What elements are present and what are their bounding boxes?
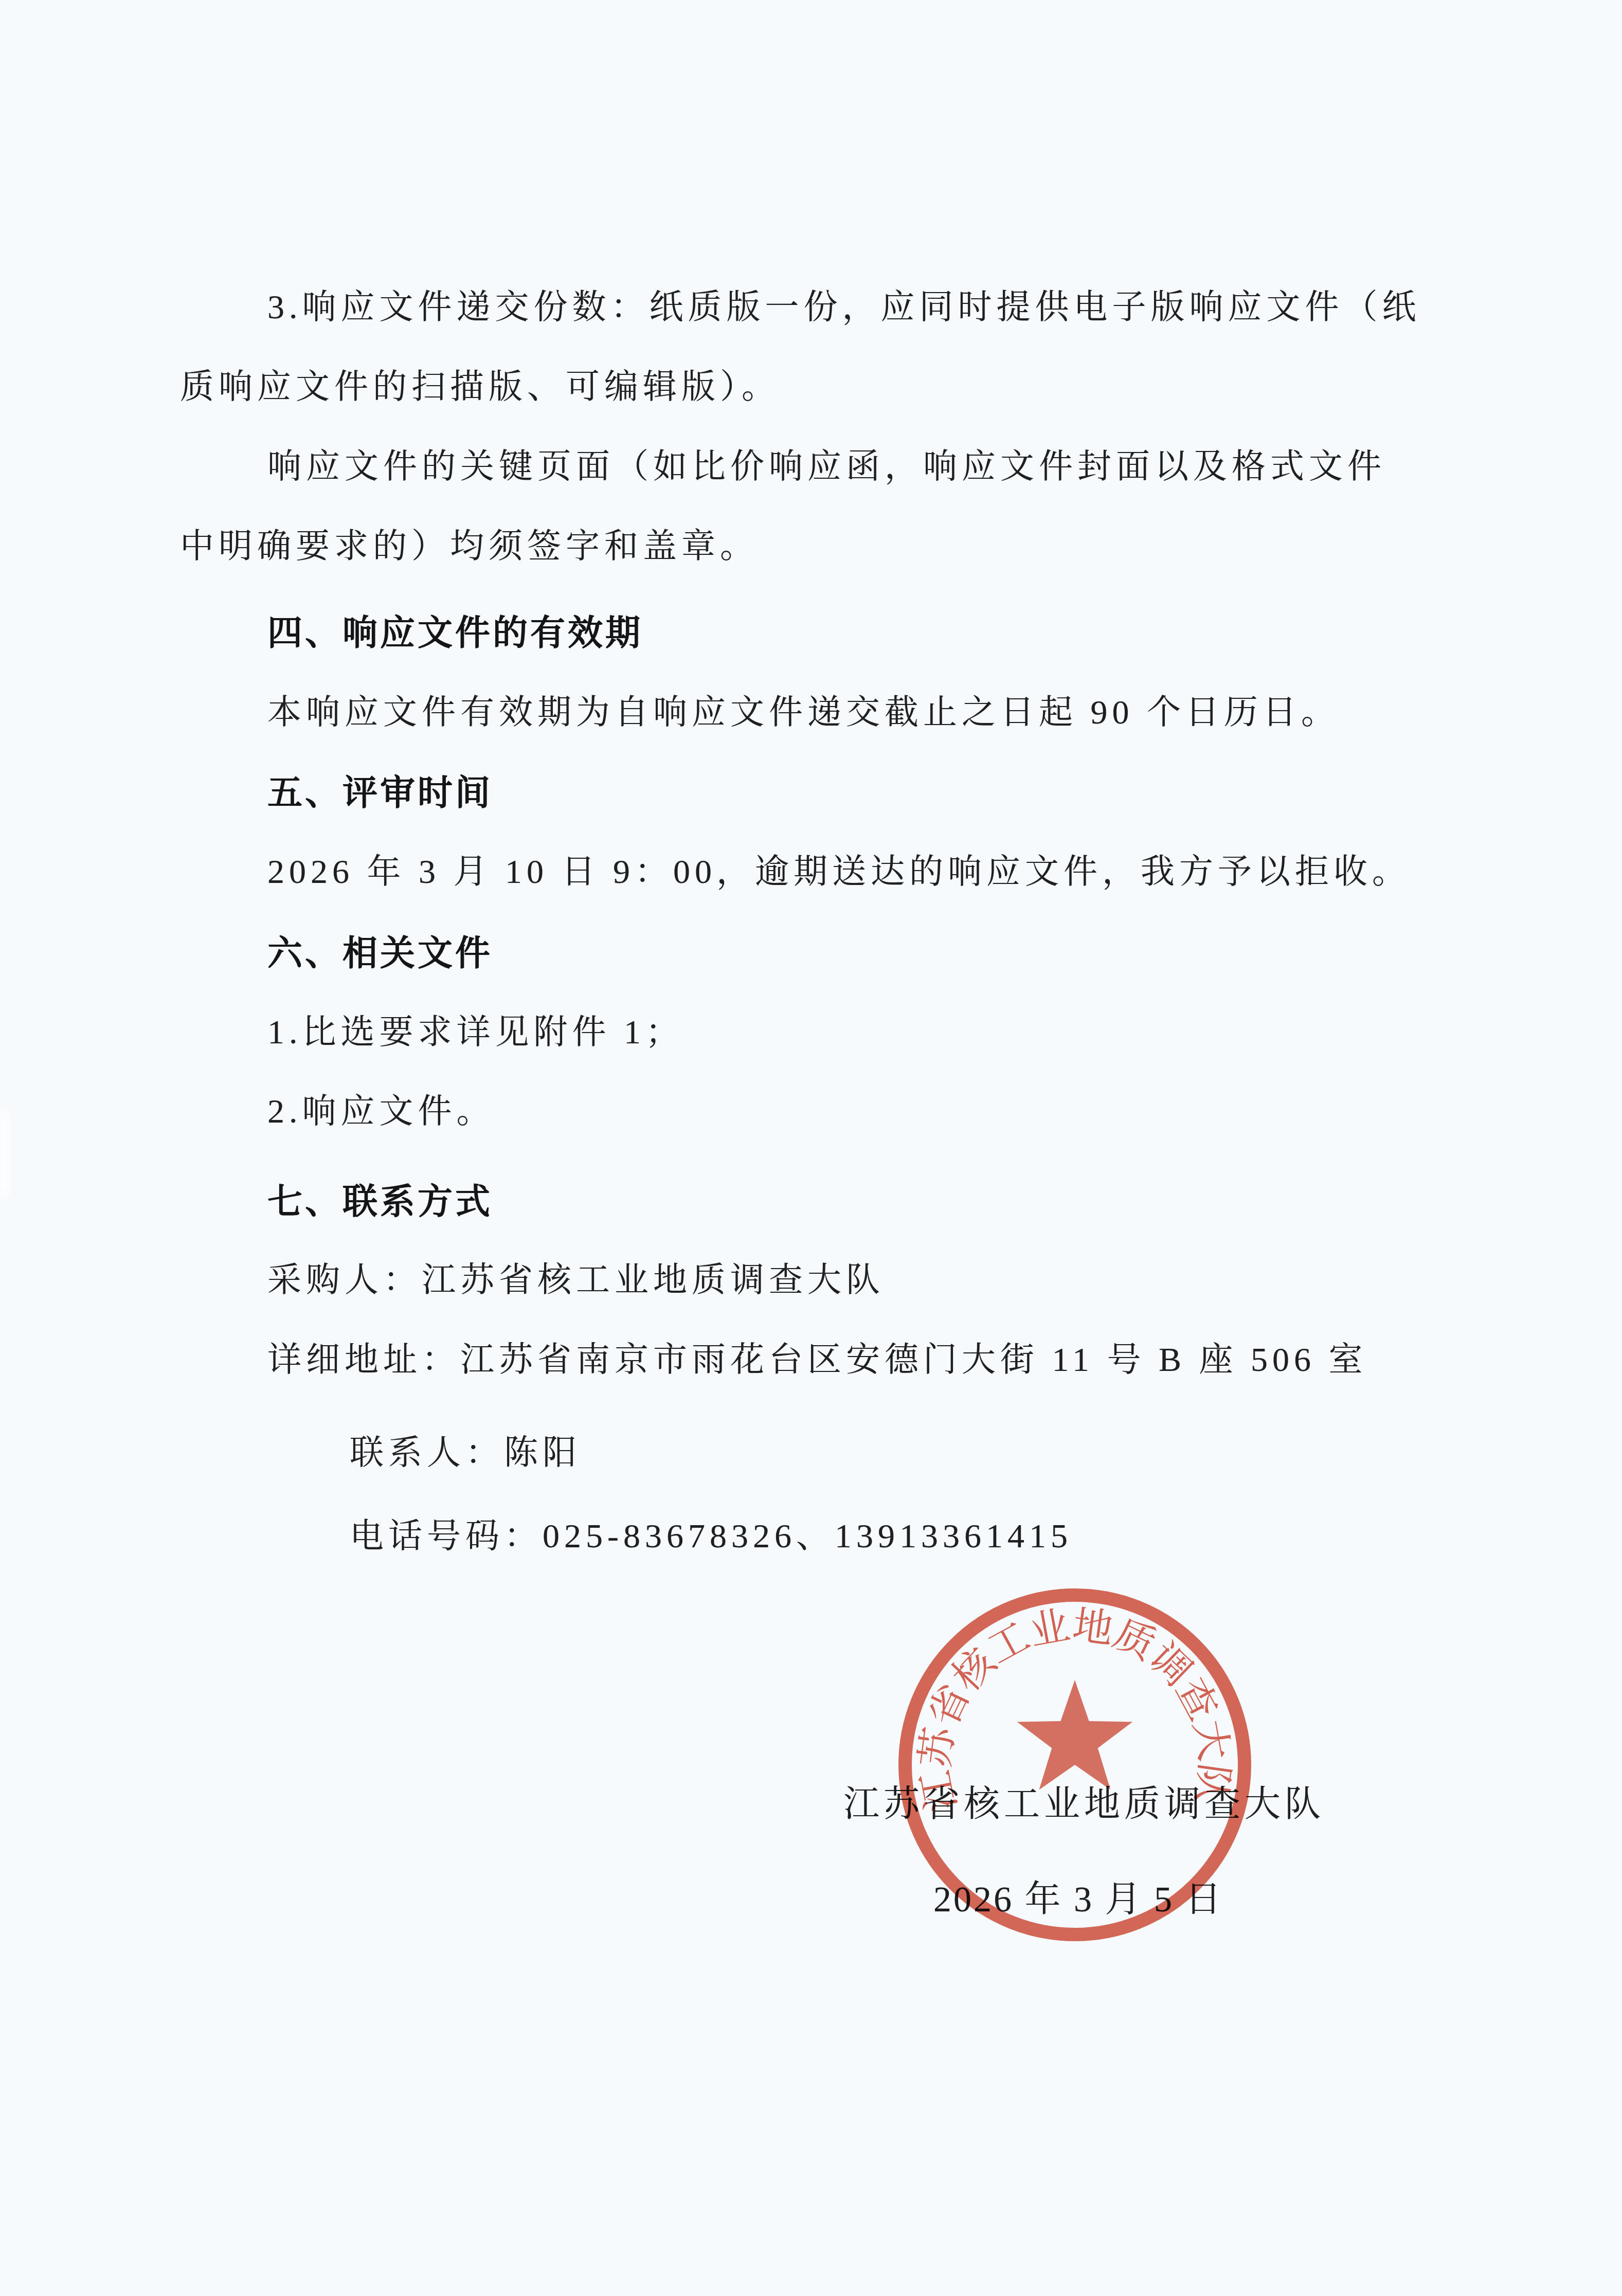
section-heading-related-files: 六、相关文件	[267, 933, 493, 973]
list-item-attachment: 1.比选要求详见附件 1；	[267, 1013, 684, 1052]
para-validity-period: 本响应文件有效期为自响应文件递交截止之日起 90 个日历日。	[267, 693, 1340, 732]
section-heading-review-time: 五、评审时间	[267, 773, 493, 813]
document-page: 3.响应文件递交份数：纸质版一份，应同时提供电子版响应文件（纸 质响应文件的扫描…	[0, 0, 1622, 2296]
contact-person-line: 联系人：陈阳	[350, 1434, 581, 1473]
para-delivery-copies-line-1: 3.响应文件递交份数：纸质版一份，应同时提供电子版响应文件（纸	[267, 288, 1421, 327]
seal-star-icon	[1017, 1680, 1132, 1790]
contact-buyer-line: 采购人：江苏省核工业地质调查大队	[267, 1261, 885, 1300]
contact-address-line: 详细地址：江苏省南京市雨花台区安德门大街 11 号 B 座 506 室	[267, 1341, 1367, 1380]
para-delivery-copies-line-2: 质响应文件的扫描版、可编辑版）。	[180, 368, 780, 407]
scan-artifact	[0, 1111, 8, 1198]
para-review-time: 2026 年 3 月 10 日 9：00，逾期送达的响应文件，我方予以拒收。	[267, 853, 1411, 892]
section-heading-contact: 七、联系方式	[267, 1182, 493, 1222]
para-key-pages-line-2: 中明确要求的）均须签字和盖章。	[180, 527, 759, 566]
official-seal: 江苏省核工业地质调查大队	[890, 1580, 1260, 1950]
para-key-pages-line-1: 响应文件的关键页面（如比价响应函，响应文件封面以及格式文件	[267, 447, 1386, 486]
section-heading-validity: 四、响应文件的有效期	[267, 613, 643, 653]
contact-phone-line: 电话号码：025-83678326、13913361415	[350, 1517, 1072, 1556]
list-item-response-file: 2.响应文件。	[267, 1092, 495, 1131]
